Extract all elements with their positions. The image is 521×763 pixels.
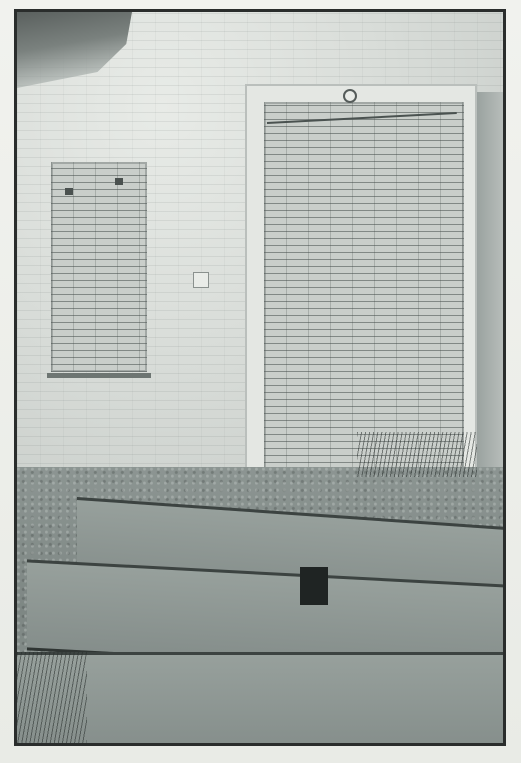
weeds	[357, 432, 477, 477]
step-gap	[300, 567, 328, 605]
weeds	[17, 652, 87, 743]
wall	[17, 12, 503, 482]
bricked-doorway-right	[264, 102, 464, 477]
vent-hole	[115, 178, 123, 185]
wall-fixture-icon	[343, 89, 357, 103]
stone-step-bottom	[17, 652, 503, 743]
wall-box	[193, 272, 209, 288]
vent-hole	[65, 188, 73, 195]
wall-shadow	[477, 92, 503, 482]
photo-print-frame	[14, 9, 506, 746]
photo-paper	[0, 0, 521, 763]
photograph	[17, 12, 503, 743]
